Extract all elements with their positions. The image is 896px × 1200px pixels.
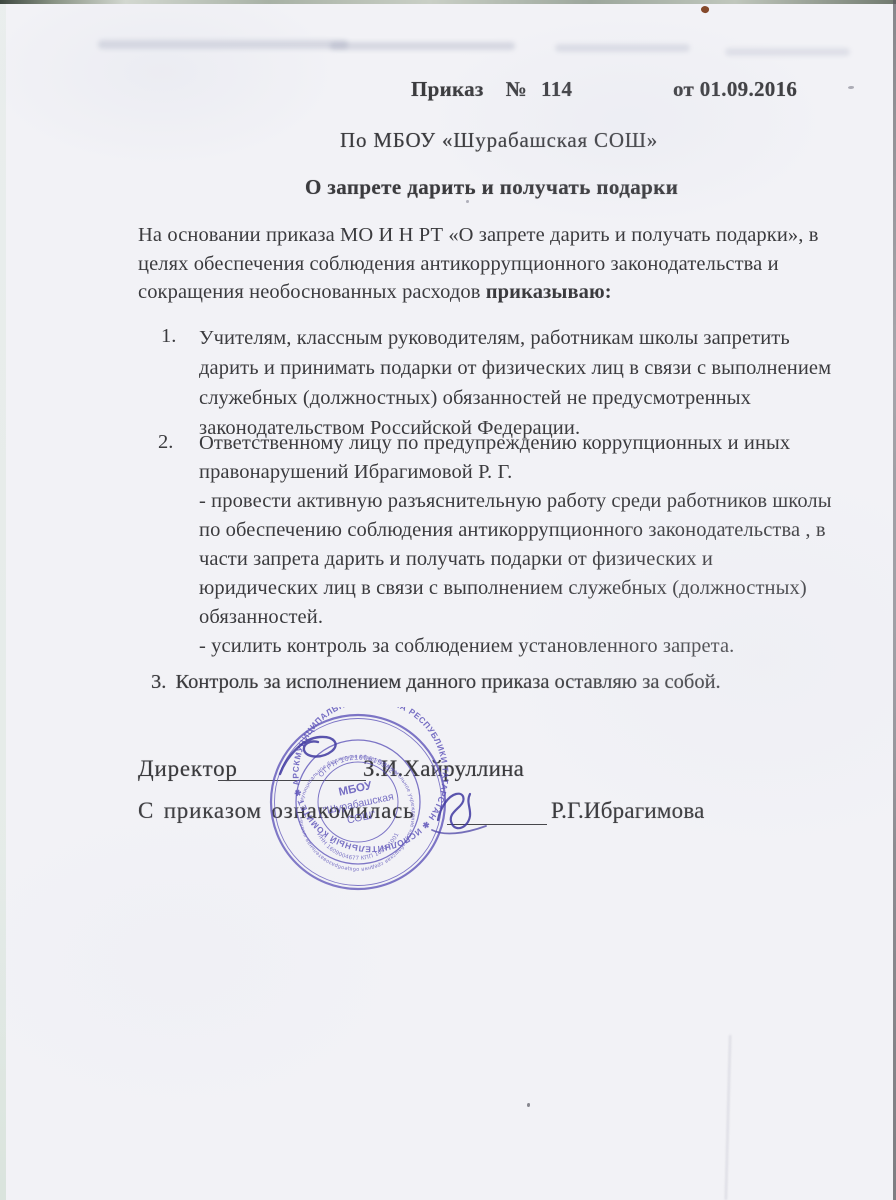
keyword-prikazyvayu: приказываю: [486, 281, 612, 303]
acknowledged-name: Р.Г.Ибрагимова [551, 798, 705, 824]
director-signature-ink [276, 732, 354, 780]
item-text: Контроль за исполнением данного приказа … [176, 671, 721, 693]
item-line: - усилить контроль за соблюдением устано… [199, 632, 832, 661]
order-date: от 01.09.2016 [673, 77, 797, 102]
org-line: По МБОУ «Шурабашская СОШ» [340, 128, 658, 153]
intro-line: целях обеспечения соблюдения антикоррупц… [138, 250, 818, 279]
intro-line: На основании приказа МО И Н РТ «О запрет… [138, 221, 818, 250]
order-word: Приказ [411, 77, 484, 101]
item-line: обязанностей. [199, 603, 832, 632]
speck [848, 86, 854, 89]
item-line: правонарушений Ибрагимовой Р. Г. [199, 458, 832, 487]
subject-line: О запрете дарить и получать подарки [305, 175, 678, 200]
acknowledged-signature-ink [424, 786, 492, 842]
intro-line: сокращения необоснованных расходов прика… [138, 278, 818, 307]
item-line: юридических лиц в связи с выполнением сл… [199, 574, 832, 603]
svg-text:МУНИЦИПАЛЬНОГО РАЙОНА РЕСПУБЛИ: МУНИЦИПАЛЬНОГО РАЙОНА РЕСПУБЛИКИ ТАТАРСТ… [263, 707, 451, 854]
speck [527, 1103, 530, 1107]
list-item-1: Учителям, классным руководителям, работн… [199, 323, 831, 443]
item-line: Учителям, классным руководителям, работн… [199, 323, 831, 353]
order-number: 114 [541, 77, 572, 101]
list-item-2: Ответственному лицу по предупреждению ко… [199, 429, 832, 661]
speck [466, 200, 469, 203]
item-line: Ответственному лицу по предупреждению ко… [199, 429, 832, 458]
item-line: - провести активную разъяснительную рабо… [199, 487, 832, 516]
stamp-outer-ring-text: МУНИЦИПАЛЬНОГО РАЙОНА РЕСПУБЛИКИ ТАТАРСТ… [263, 707, 451, 854]
item-number: 1. [161, 325, 176, 348]
bleed-through-artifact [555, 44, 690, 52]
number-sign: № [506, 77, 527, 101]
intro-paragraph: На основании приказа МО И Н РТ «О запрет… [138, 221, 818, 307]
item-line: части запрета дарить и получать подарки … [199, 545, 832, 574]
item-line: по обеспечению соблюдения антикоррупцион… [199, 516, 832, 545]
scan-top-edge [0, 0, 896, 4]
list-item-3: 3. Контроль за исполнением данного прика… [151, 671, 721, 694]
paper-crease [725, 1035, 731, 1200]
bleed-through-artifact [725, 48, 850, 56]
scanned-order-document: Приказ№114 от 01.09.2016 По МБОУ «Шураба… [0, 0, 896, 1200]
bleed-through-artifact [330, 42, 515, 50]
bleed-through-artifact [98, 40, 348, 49]
scan-left-edge [0, 0, 6, 1200]
item-number: 2. [158, 431, 173, 454]
item-line: служебных (должностных) обязанностей не … [199, 383, 831, 413]
speck [700, 5, 710, 14]
item-line: дарить и принимать подарки от физических… [199, 353, 831, 383]
item-number: 3. [151, 671, 166, 693]
director-label: Директор [138, 756, 238, 782]
header-row: Приказ№114 [411, 77, 572, 102]
